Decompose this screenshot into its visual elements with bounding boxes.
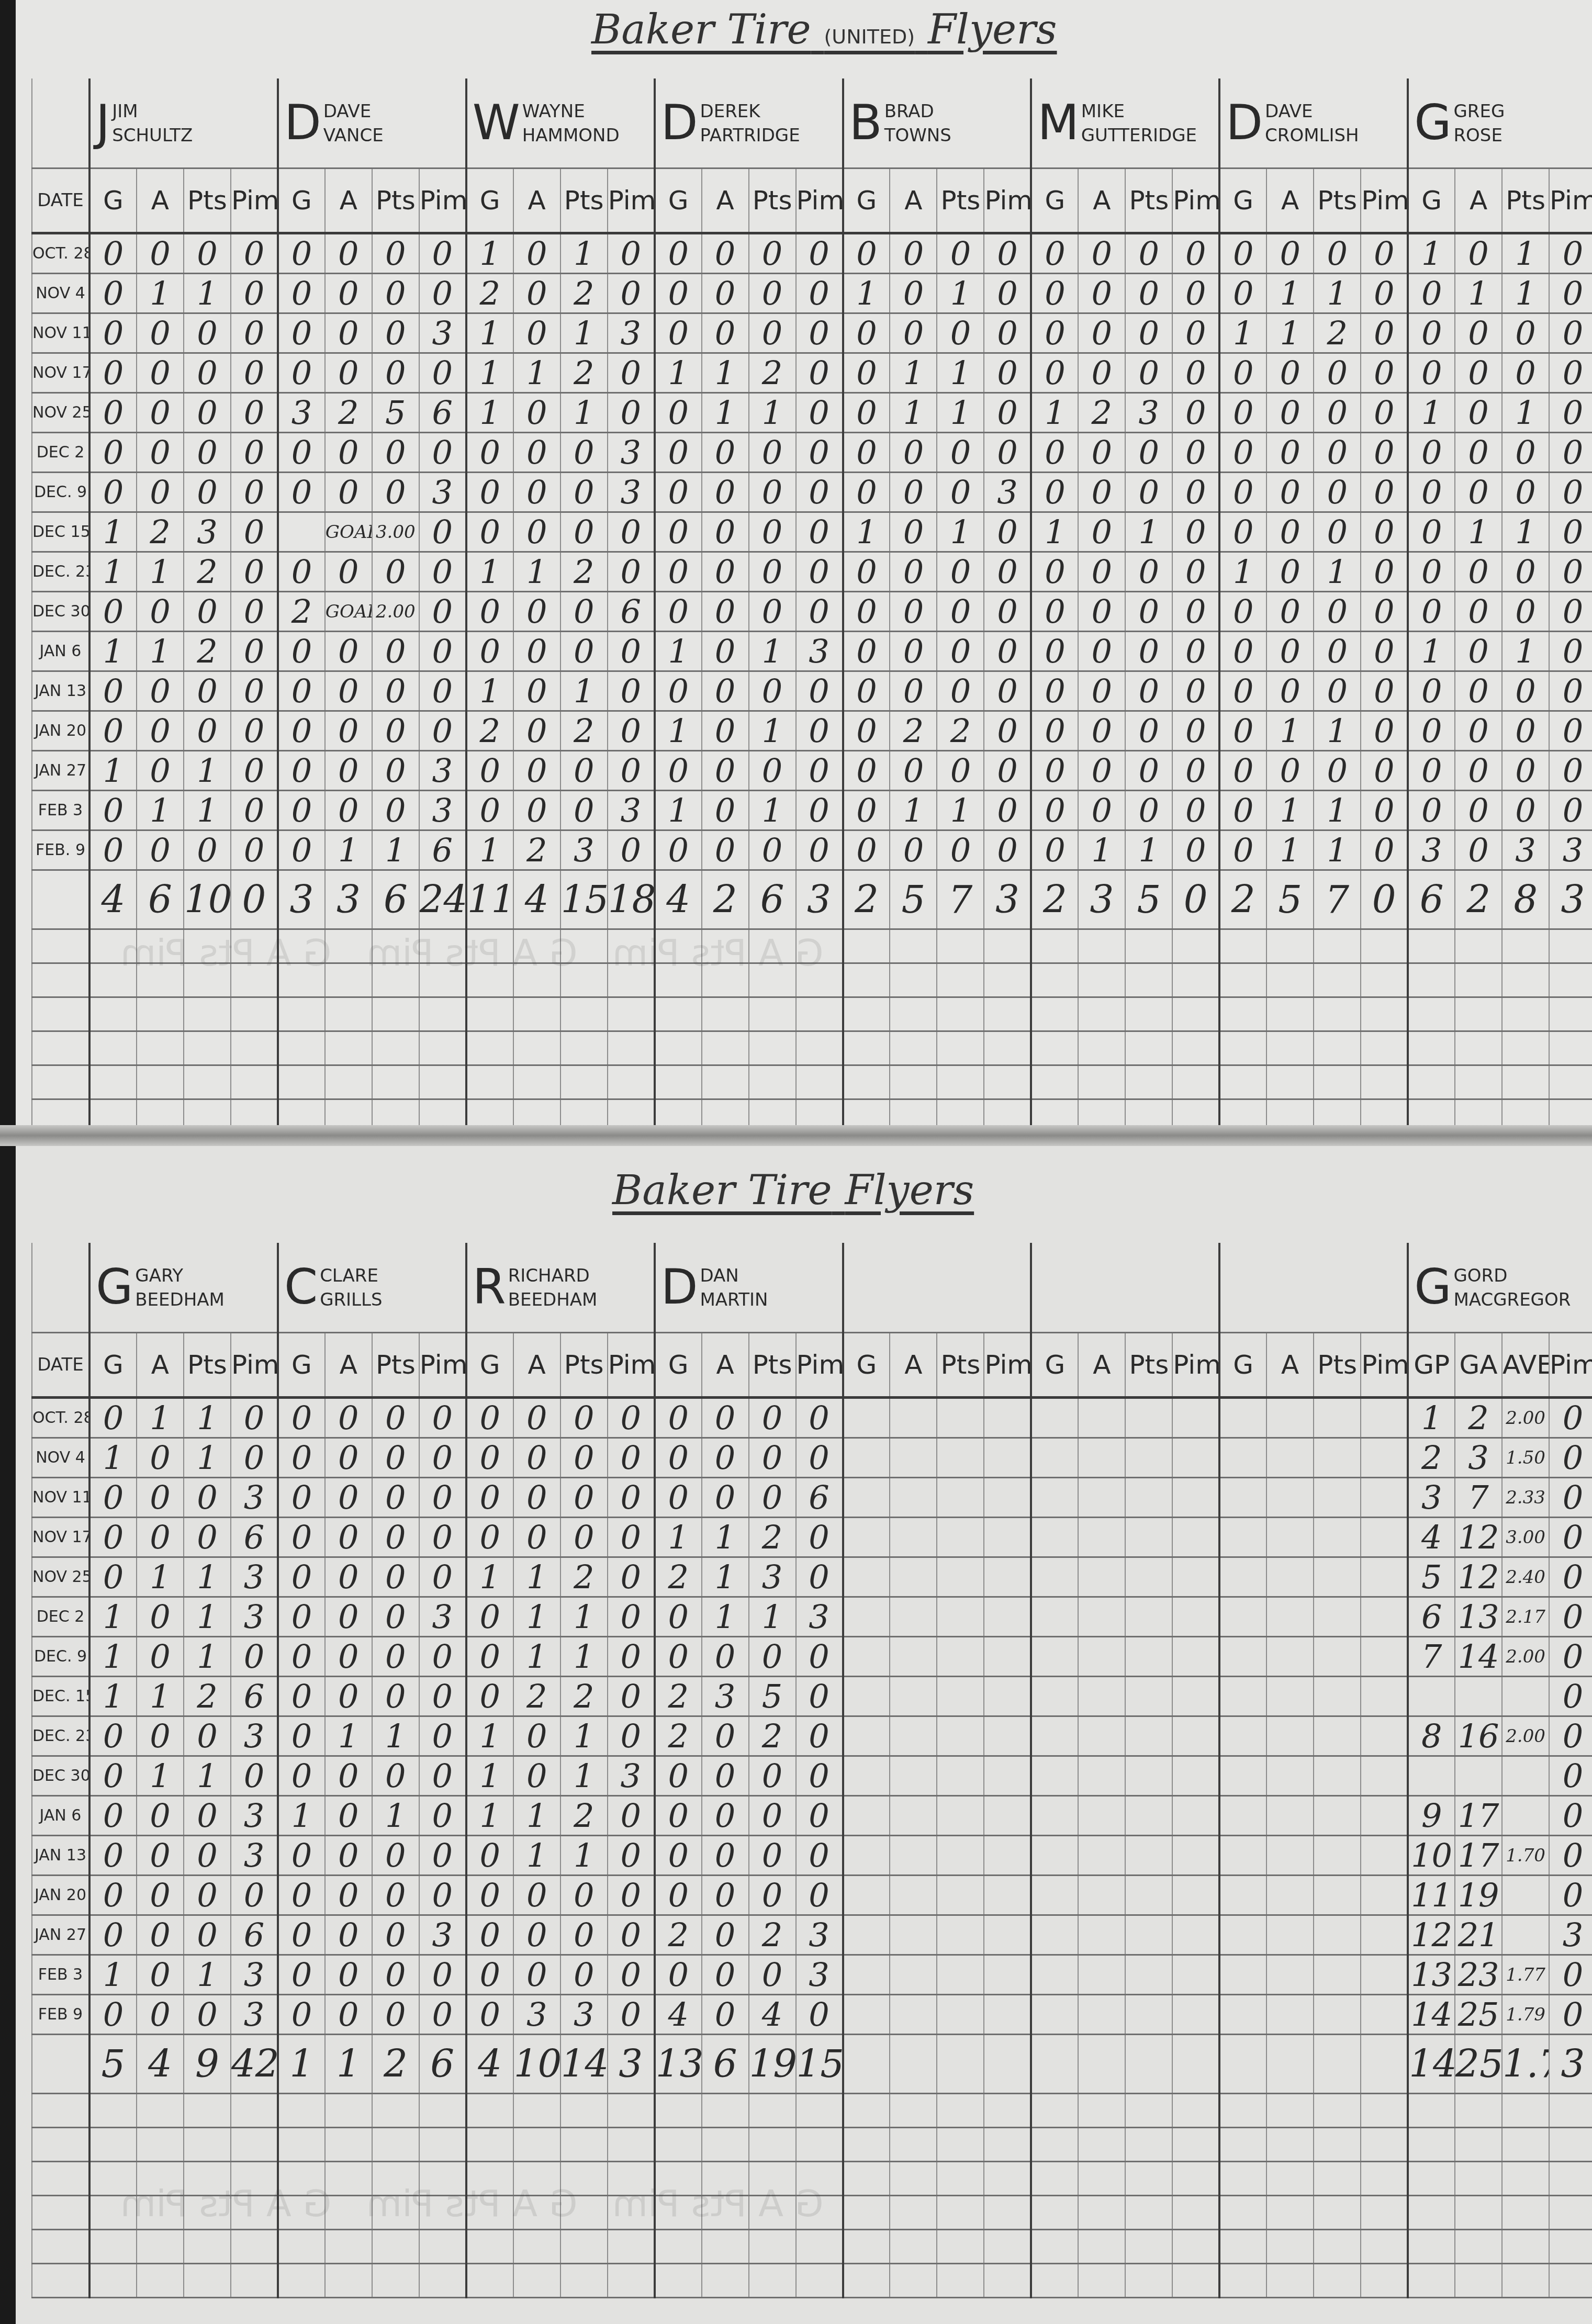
stat-cell: 16 [1455, 1716, 1502, 1756]
stat-cell: 2 [749, 353, 796, 393]
stat-cell: 0 [1549, 1398, 1592, 1438]
stat-cell: 0 [513, 1518, 560, 1557]
game-date: NOV 25 [32, 393, 89, 433]
stat-cell: 0 [796, 1637, 843, 1677]
stat-cell: 5 [1408, 1557, 1455, 1597]
stat-cell: 0 [1078, 711, 1125, 751]
empty-cell [325, 2128, 372, 2162]
empty-cell [1549, 2162, 1592, 2196]
empty-cell [984, 1099, 1031, 1126]
stat-cell [984, 1518, 1031, 1557]
empty-cell [89, 1099, 137, 1126]
empty-cell [1219, 2094, 1266, 2128]
stat-total: 13 [655, 2035, 702, 2094]
stat-cell: 0 [137, 1518, 184, 1557]
stat-cell: 0 [1266, 751, 1314, 791]
stat-cell: 0 [372, 274, 419, 313]
stat-cell [1031, 1677, 1078, 1716]
stat-cell: 0 [1455, 552, 1502, 592]
game-date: JAN 6 [32, 632, 89, 671]
stat-cell [1125, 1995, 1172, 2035]
stat-cell: 1 [560, 1637, 608, 1677]
stat-total [937, 2035, 984, 2094]
stat-cell: 2 [937, 711, 984, 751]
empty-cell [32, 2128, 89, 2162]
stat-cell: 1 [466, 233, 513, 274]
stat-cell [1361, 1597, 1408, 1637]
stat-cell: 0 [513, 791, 560, 830]
empty-cell [890, 929, 937, 963]
stat-total: 3 [325, 870, 372, 929]
game-date: NOV 17 [32, 1518, 89, 1557]
stat-cell: 0 [466, 1995, 513, 2035]
stat-cell: 0 [1219, 830, 1266, 870]
stat-cell: 0 [655, 512, 702, 552]
stat-cell [1314, 1398, 1361, 1438]
stat-column-header: Pts [1314, 169, 1361, 233]
stat-cell: 0 [937, 473, 984, 512]
stat-cell: 0 [1314, 671, 1361, 711]
stat-cell [1314, 1836, 1361, 1876]
stat-cell: 0 [513, 1438, 560, 1478]
stat-cell [1219, 1955, 1266, 1995]
stat-cell: 0 [702, 1478, 749, 1518]
empty-cell [890, 1065, 937, 1099]
stat-cell [1361, 1478, 1408, 1518]
game-date: JAN 27 [32, 1915, 89, 1955]
empty-cell [1361, 2128, 1408, 2162]
stat-cell: 0 [1502, 552, 1549, 592]
stat-cell: 0 [89, 671, 137, 711]
empty-cell [32, 929, 89, 963]
stat-cell [937, 1955, 984, 1995]
empty-cell [1172, 2230, 1219, 2264]
stat-cell: 17 [1455, 1836, 1502, 1876]
stat-cell: 0 [843, 552, 890, 592]
stat-cell: 0 [466, 1677, 513, 1716]
stat-cell: 0 [184, 353, 231, 393]
stat-cell: 1 [560, 671, 608, 711]
stat-cell: 3 [278, 393, 325, 433]
empty-cell [1455, 2230, 1502, 2264]
stat-cell: 0 [1078, 274, 1125, 313]
player-name-header: JJIMSCHULTZ [89, 78, 278, 169]
game-row: NOV 41010000000000000231.500 [32, 1438, 1592, 1478]
empty-cell [1078, 2162, 1125, 2196]
empty-cell [466, 1099, 513, 1126]
stat-cell: 3 [796, 632, 843, 671]
empty-cell [655, 1099, 702, 1126]
stat-cell: 6 [231, 1677, 278, 1716]
stat-cell: 0 [184, 433, 231, 473]
empty-cell [796, 997, 843, 1031]
stat-total: 14 [1408, 2035, 1455, 2094]
stat-column-header: Pim [1361, 169, 1408, 233]
stat-cell: 0 [278, 751, 325, 791]
stat-cell: 2 [560, 1557, 608, 1597]
stat-cell: 0 [231, 711, 278, 751]
empty-cell [325, 997, 372, 1031]
stat-cell: 0 [1219, 433, 1266, 473]
game-date: DEC 30 [32, 592, 89, 632]
stat-cell [1125, 1716, 1172, 1756]
stat-cell [937, 1677, 984, 1716]
stat-cell [1502, 1796, 1549, 1836]
stat-cell: 0 [796, 233, 843, 274]
stat-total: 4 [89, 870, 137, 929]
stat-cell: 0 [1502, 313, 1549, 353]
empty-cell [1314, 2162, 1361, 2196]
stat-cell: 0 [796, 1518, 843, 1557]
stat-cell: 0 [1031, 313, 1078, 353]
stat-cell: 0 [372, 1438, 419, 1478]
empty-cell [1361, 2162, 1408, 2196]
empty-cell [278, 1065, 325, 1099]
game-row: DEC. 1511260000022023500 [32, 1677, 1592, 1716]
stat-cell [1502, 1756, 1549, 1796]
stat-cell [1266, 1518, 1314, 1557]
stat-cell: 0 [372, 1756, 419, 1796]
stat-cell [1172, 1518, 1219, 1557]
empty-cell [513, 1065, 560, 1099]
empty-cell [231, 2094, 278, 2128]
stat-cell: 1 [1408, 1398, 1455, 1438]
stat-cell: 0 [325, 1796, 372, 1836]
empty-cell [608, 2264, 655, 2298]
game-date: FEB. 9 [32, 830, 89, 870]
stat-cell: 0 [1031, 632, 1078, 671]
stat-cell: 0 [890, 512, 937, 552]
player-initial: D [284, 84, 321, 162]
stat-cell [984, 1915, 1031, 1955]
stat-cell [1078, 1756, 1125, 1796]
notebook-spine [0, 1125, 1592, 1146]
stat-cell: 0 [89, 1915, 137, 1955]
empty-cell [1314, 1031, 1361, 1065]
empty-cell [1314, 2230, 1361, 2264]
stat-cell: 1 [325, 1716, 372, 1756]
stat-cell: 1 [137, 1557, 184, 1597]
empty-cell [325, 1065, 372, 1099]
stat-cell: 0 [937, 313, 984, 353]
player-name-header: GGORDMACGREGOR [1408, 1243, 1592, 1333]
player-initial: D [661, 1248, 698, 1327]
stat-cell: 0 [655, 433, 702, 473]
stat-cell: 0 [1266, 552, 1314, 592]
stat-cell: 0 [419, 1677, 466, 1716]
stat-cell: 0 [419, 1995, 466, 2035]
stat-cell [843, 1637, 890, 1677]
stat-column-header: Pts [937, 169, 984, 233]
stat-cell [1125, 1438, 1172, 1478]
stat-cell: 0 [278, 1955, 325, 1995]
stat-cell [1219, 1716, 1266, 1756]
stat-cell: 0 [137, 393, 184, 433]
stat-cell: 0 [796, 353, 843, 393]
stat-cell: 0 [184, 1836, 231, 1876]
stat-cell: 2 [137, 512, 184, 552]
game-row: OCT. 2800000000101000000000000000001010 [32, 233, 1592, 274]
empty-cell [984, 2094, 1031, 2128]
stat-cell: 0 [1172, 353, 1219, 393]
stat-cell: 8 [1408, 1716, 1455, 1756]
empty-cell [749, 2128, 796, 2162]
stat-column-header: Pts [560, 169, 608, 233]
stat-cell: 0 [325, 1756, 372, 1796]
stat-cell: 0 [325, 1915, 372, 1955]
empty-cell [372, 1099, 419, 1126]
stat-cell: 2 [1078, 393, 1125, 433]
stat-cell: 0 [1549, 1597, 1592, 1637]
stat-column-header: Pim [984, 1333, 1031, 1398]
stat-cell: 0 [184, 711, 231, 751]
stat-cell: 0 [325, 1955, 372, 1995]
stat-cell [937, 1438, 984, 1478]
stat-cell: 0 [1078, 473, 1125, 512]
stat-cell: 1 [466, 830, 513, 870]
stat-cell [984, 1637, 1031, 1677]
stat-cell [1125, 1796, 1172, 1836]
stat-cell [1361, 1637, 1408, 1677]
stat-cell [890, 1876, 937, 1915]
empty-cell [1078, 2196, 1125, 2230]
stat-column-header: A [1078, 169, 1125, 233]
stat-cell: 0 [1172, 791, 1219, 830]
stat-cell: 0 [749, 433, 796, 473]
stat-cell [937, 1995, 984, 2035]
game-date: DEC 2 [32, 1597, 89, 1637]
stat-cell: 0 [1549, 1478, 1592, 1518]
empty-cell [702, 2230, 749, 2264]
stat-cell: 4 [749, 1995, 796, 2035]
stat-cell [843, 1836, 890, 1876]
stat-cell: 0 [325, 791, 372, 830]
stat-cell: 0 [184, 830, 231, 870]
empty-cell [325, 1099, 372, 1126]
stat-cell: 3 [749, 1557, 796, 1597]
empty-cell [184, 2264, 231, 2298]
stat-cell [1078, 1438, 1125, 1478]
stat-column-header: A [1078, 1333, 1125, 1398]
stat-cell [1408, 1677, 1455, 1716]
stat-cell: 0 [184, 393, 231, 433]
stat-cell: 0 [560, 512, 608, 552]
empty-cell [325, 2264, 372, 2298]
player-last-name: MACGREGOR [1453, 1289, 1571, 1310]
stat-cell: 0 [466, 1518, 513, 1557]
empty-cell [1031, 2230, 1078, 2264]
stat-column-header: A [702, 169, 749, 233]
empty-cell [608, 2094, 655, 2128]
stat-cell: 0 [137, 830, 184, 870]
player-last-name: HAMMOND [522, 125, 620, 146]
stat-column-header: Pim [608, 1333, 655, 1398]
stat-cell: 0 [608, 1796, 655, 1836]
stat-cell [1219, 1597, 1266, 1637]
stat-cell: 12 [1455, 1518, 1502, 1557]
stat-total: 14 [560, 2035, 608, 2094]
stat-cell: 1 [372, 830, 419, 870]
game-date: DEC. 15 [32, 1677, 89, 1716]
stat-cell: 0 [843, 632, 890, 671]
empty-cell [1031, 963, 1078, 997]
empty-cell [513, 2094, 560, 2128]
stat-cell: 0 [702, 751, 749, 791]
stat-cell: 0 [796, 552, 843, 592]
stat-cell: 2.00 [1502, 1398, 1549, 1438]
stat-cell [1125, 1915, 1172, 1955]
stat-cell: 0 [796, 671, 843, 711]
empty-cell [749, 997, 796, 1031]
stat-cell [937, 1756, 984, 1796]
stat-cell: 0 [372, 1478, 419, 1518]
stat-cell: 0 [278, 1756, 325, 1796]
stat-cell: 0 [1219, 393, 1266, 433]
stat-cell: 0 [702, 473, 749, 512]
stat-cell: 0 [1502, 592, 1549, 632]
stat-total: 5 [1125, 870, 1172, 929]
stat-cell [1031, 1796, 1078, 1836]
stat-cell: 0 [1172, 671, 1219, 711]
empty-cell [419, 1031, 466, 1065]
stat-cell: 0 [89, 353, 137, 393]
stat-column-header: A [702, 1333, 749, 1398]
stat-cell [1219, 1876, 1266, 1915]
stat-cell: 3 [419, 313, 466, 353]
stat-cell [1266, 1677, 1314, 1716]
player-first-name: GORD [1453, 1265, 1507, 1286]
stat-cell: 0 [372, 473, 419, 512]
stat-cell: 0 [137, 313, 184, 353]
empty-cell [1361, 997, 1408, 1031]
stat-cell: 3 [419, 791, 466, 830]
stat-cell: 0 [325, 751, 372, 791]
stat-cell [1078, 1796, 1125, 1836]
empty-cell [419, 2128, 466, 2162]
stat-cell [984, 1677, 1031, 1716]
stat-total: 6 [702, 2035, 749, 2094]
stat-cell [890, 1597, 937, 1637]
stat-cell: 0 [1314, 751, 1361, 791]
stat-cell: 0 [1314, 592, 1361, 632]
stat-cell: 0 [1408, 473, 1455, 512]
stat-cell: 0 [419, 1438, 466, 1478]
player-initial: B [849, 84, 882, 162]
empty-cell [984, 2128, 1031, 2162]
stat-cell: 0 [231, 233, 278, 274]
empty-cell [466, 997, 513, 1031]
stat-cell: 0 [796, 393, 843, 433]
stat-cell: 2 [184, 632, 231, 671]
stat-cell: 0 [325, 1597, 372, 1637]
stat-cell: 0 [89, 1478, 137, 1518]
stat-cell: 0 [655, 473, 702, 512]
stat-cell: 0 [1455, 313, 1502, 353]
stat-cell: 2 [560, 1677, 608, 1716]
stat-cell: 3 [231, 1597, 278, 1637]
stat-cell [984, 1995, 1031, 2035]
stat-cell [1314, 1995, 1361, 2035]
stat-cell: 1 [937, 353, 984, 393]
empty-cell [1361, 963, 1408, 997]
stat-cell: 3 [608, 313, 655, 353]
stat-cell: 0 [1078, 433, 1125, 473]
empty-cell [890, 2230, 937, 2264]
empty-cell [890, 2196, 937, 2230]
stat-cell: 0 [937, 433, 984, 473]
stat-cell: 1 [1314, 791, 1361, 830]
stat-cell: 0 [1219, 512, 1266, 552]
empty-cell [1502, 2094, 1549, 2128]
empty-cell [419, 2230, 466, 2264]
empty-cell [184, 997, 231, 1031]
stat-total: 15 [796, 2035, 843, 2094]
stat-cell: 0 [89, 830, 137, 870]
empty-row [32, 2094, 1592, 2128]
stat-cell [1078, 1995, 1125, 2035]
player-name-header: DDAVECROMLISH [1219, 78, 1408, 169]
empty-cell [1361, 1099, 1408, 1126]
player-initial: C [284, 1248, 318, 1327]
empty-cell [1502, 997, 1549, 1031]
stat-cell: 0 [1549, 473, 1592, 512]
stat-cell: 0 [137, 433, 184, 473]
stat-cell: 0 [702, 433, 749, 473]
stat-cell: 1 [1502, 512, 1549, 552]
player-first-name: DAN [700, 1265, 738, 1286]
stat-cell: 0 [890, 671, 937, 711]
stat-cell: 0 [1125, 433, 1172, 473]
stat-cell: 0 [608, 711, 655, 751]
stat-cell: 0 [702, 1716, 749, 1756]
stat-cell: 0 [513, 711, 560, 751]
stat-cell: 0 [278, 711, 325, 751]
stat-cell: 0 [278, 233, 325, 274]
stat-cell [1266, 1398, 1314, 1438]
stat-cell: 1 [89, 512, 137, 552]
empty-cell [1502, 1065, 1549, 1099]
stat-cell: 0 [1172, 592, 1219, 632]
stat-cell: 1 [137, 1677, 184, 1716]
empty-cell [1172, 2162, 1219, 2196]
stat-cell: 0 [560, 592, 608, 632]
stat-cell: 0 [655, 274, 702, 313]
stat-cell: 1.50 [1502, 1438, 1549, 1478]
stat-cell: 0 [513, 632, 560, 671]
stat-cell: 1 [513, 1637, 560, 1677]
empty-cell [1125, 1065, 1172, 1099]
stat-cell: 0 [89, 791, 137, 830]
empty-cell [466, 2230, 513, 2264]
stat-cell: 0 [1266, 393, 1314, 433]
stat-cell: 0 [843, 592, 890, 632]
empty-cell [655, 2094, 702, 2128]
empty-cell [1031, 1065, 1078, 1099]
empty-cell [231, 1031, 278, 1065]
stat-cell [843, 1796, 890, 1836]
stat-cell: 0 [1031, 671, 1078, 711]
stat-cell: 0 [608, 1398, 655, 1438]
stat-cell: 0 [184, 1995, 231, 2035]
stat-cell: 2.00 [372, 592, 419, 632]
stat-cell: 0 [796, 1756, 843, 1796]
game-row: DEC 200000000000300000000000000000000 [32, 433, 1592, 473]
stat-cell: 0 [513, 1716, 560, 1756]
stat-cell [843, 1915, 890, 1955]
stat-cell: 3 [231, 1995, 278, 2035]
stat-cell [1266, 1597, 1314, 1637]
stat-cell: 0 [608, 353, 655, 393]
